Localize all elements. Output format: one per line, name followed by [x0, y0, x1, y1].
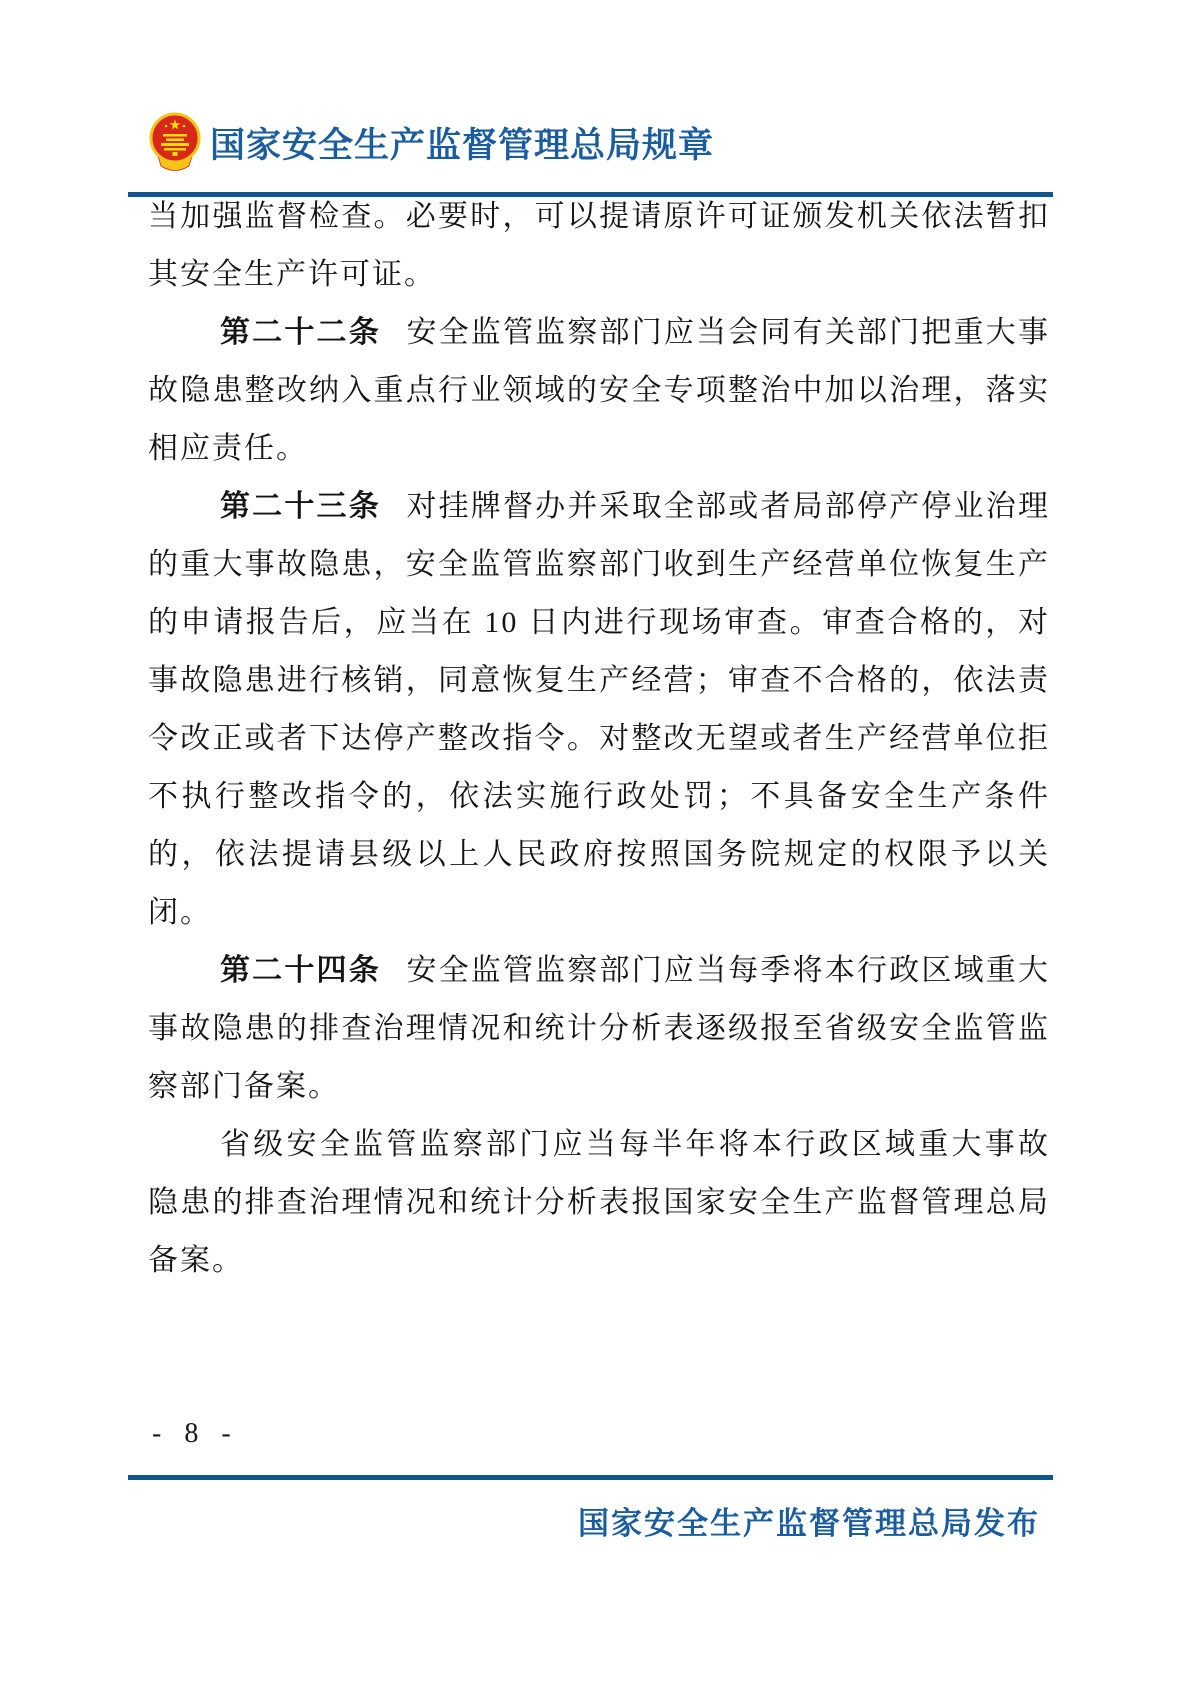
footer-divider	[128, 1475, 1053, 1480]
page-number: - 8 -	[152, 1418, 239, 1450]
page-title: 国家安全生产监督管理总局规章	[210, 118, 714, 168]
paragraph-text: 省级安全监管监察部门应当每半年将本行政区域重大事故隐患的排查治理情况和统计分析表…	[148, 1128, 1050, 1277]
body-paragraph: 当加强监督检查。必要时，可以提请原许可证颁发机关依法暂扣其安全生产许可证。	[148, 188, 1050, 304]
body-paragraph: 第二十二条安全监管监察部门应当会同有关部门把重大事故隐患整改纳入重点行业领域的安…	[148, 304, 1050, 478]
document-body: 当加强监督检查。必要时，可以提请原许可证颁发机关依法暂扣其安全生产许可证。 第二…	[148, 188, 1050, 1290]
article-number: 第二十四条	[220, 954, 381, 987]
paragraph-text: 对挂牌督办并采取全部或者局部停产停业治理的重大事故隐患，安全监管监察部门收到生产…	[148, 490, 1050, 929]
article-number: 第二十二条	[220, 316, 381, 349]
china-national-emblem-icon	[148, 112, 202, 174]
page-header: 国家安全生产监督管理总局规章	[148, 112, 1053, 174]
footer-publisher: 国家安全生产监督管理总局发布	[128, 1498, 1040, 1543]
body-paragraph: 第二十四条安全监管监察部门应当每季将本行政区域重大事故隐患的排查治理情况和统计分…	[148, 942, 1050, 1116]
body-paragraph: 第二十三条对挂牌督办并采取全部或者局部停产停业治理的重大事故隐患，安全监管监察部…	[148, 478, 1050, 942]
body-paragraph: 省级安全监管监察部门应当每半年将本行政区域重大事故隐患的排查治理情况和统计分析表…	[148, 1116, 1050, 1290]
article-number: 第二十三条	[220, 490, 381, 523]
paragraph-text: 当加强监督检查。必要时，可以提请原许可证颁发机关依法暂扣其安全生产许可证。	[148, 200, 1050, 291]
document-page: 国家安全生产监督管理总局规章 当加强监督检查。必要时，可以提请原许可证颁发机关依…	[0, 0, 1190, 1683]
